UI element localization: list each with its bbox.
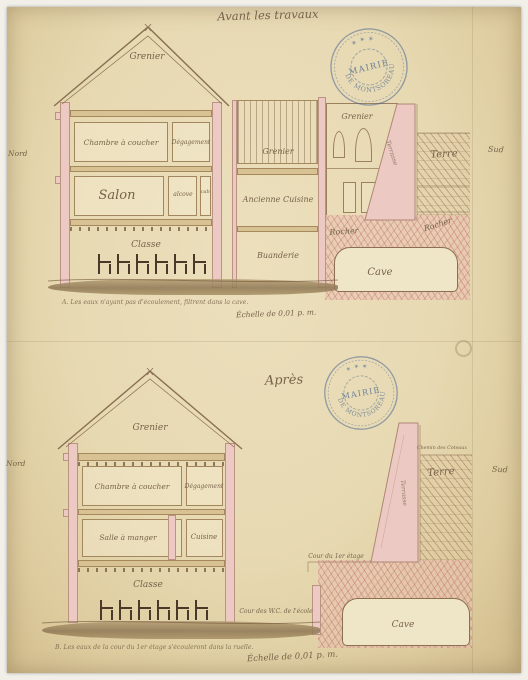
label-salon-avant: Salon	[98, 189, 135, 202]
school-desk	[136, 254, 152, 274]
avant-wall-stub-2	[55, 176, 61, 184]
door	[361, 182, 376, 213]
stamp-arc-top: ✶ ✶ ✶	[344, 361, 370, 375]
apres-joist-teeth	[78, 568, 225, 572]
avant-right-building-floor-line	[326, 168, 398, 169]
label-cave-apres: Cave	[392, 621, 415, 630]
label-cour-du-1er-etage: Cour du 1er étage	[308, 554, 364, 560]
avant-middle-left-wall	[232, 100, 237, 288]
label-buanderie: Buanderie	[257, 252, 299, 260]
label-grenier-apres: Grenier	[132, 424, 167, 433]
label-chambre-avant: Chambre à coucher	[84, 139, 159, 147]
stamp-center-text: MAIRIE	[348, 58, 391, 78]
school-desk	[193, 254, 209, 274]
label-cave-avant: Cave	[367, 268, 392, 278]
avant-house-left-wall	[60, 102, 70, 288]
mairie-stamp: ✶ ✶ ✶ DE MONTSOREAU MAIRIE	[316, 348, 406, 438]
avant-mid-floor	[70, 166, 212, 172]
school-desk	[195, 600, 211, 620]
avant-wall-stub-1	[55, 112, 61, 120]
school-desk	[176, 600, 192, 620]
label-classe-avant: Classe	[131, 241, 161, 250]
door	[343, 182, 356, 213]
apres-ground-floor	[78, 560, 225, 567]
school-desk	[138, 600, 154, 620]
note-apres: B. Les eaux de la cour du 1er étage s'éc…	[55, 645, 253, 651]
label-nord-avant: Nord	[8, 150, 27, 158]
school-desk	[117, 254, 133, 274]
school-desk	[100, 600, 116, 620]
apres-house-right-wall	[225, 443, 235, 623]
label-cour-des-wc: Cour des W.C. de l'école	[239, 609, 312, 615]
scanned-architectural-drawing: { "colors": {"paper":"#e8dbb4","ink":"#8…	[0, 0, 528, 680]
label-salle-a-manger: Salle à manger	[99, 534, 156, 542]
stain-ring	[455, 340, 472, 357]
horizontal-fold-crease	[7, 341, 521, 342]
apres-mid-floor	[78, 509, 225, 515]
avant-attic-floor	[70, 110, 212, 117]
label-chambre-apres: Chambre à coucher	[95, 483, 170, 491]
label-cabinet-avant: cab.	[201, 190, 212, 195]
apres-wall-stub-2	[63, 509, 69, 517]
school-desk	[98, 254, 114, 274]
stamp-center-text: MAIRIE	[341, 385, 381, 402]
apres-house-left-wall	[68, 443, 78, 623]
school-desk	[119, 600, 135, 620]
avant-middle-floor-2	[237, 226, 318, 232]
avant-house-right-wall	[212, 102, 222, 288]
apres-ground-wash	[42, 621, 320, 639]
label-degagement-apres: Dégagement	[185, 484, 224, 490]
label-grenier-middle-avant: Grenier	[262, 148, 293, 156]
apres-row2-divider-wall	[168, 515, 176, 560]
label-sud-apres: Sud	[492, 466, 508, 475]
note-avant: A. Les eaux n'ayant pas d'écoulement, fi…	[62, 300, 248, 306]
svg-text:✶ ✶ ✶: ✶ ✶ ✶	[344, 361, 370, 375]
label-cuisine: Cuisine	[191, 534, 218, 541]
label-degagement-avant: Dégagement	[172, 140, 211, 146]
avant-ground-wash	[48, 279, 338, 295]
title-apres: Après	[265, 373, 304, 387]
school-desk	[157, 600, 173, 620]
avant-joist-teeth	[70, 227, 212, 231]
school-desk	[174, 254, 190, 274]
label-chemin-des-coteaux: Chemin des Coteaux	[417, 447, 467, 452]
svg-text:✶ ✶ ✶: ✶ ✶ ✶	[349, 33, 376, 49]
avant-cave-vault	[334, 247, 458, 292]
label-ancienne-cuisine: Ancienne Cuisine	[243, 196, 314, 204]
avant-room-cabinet	[200, 176, 211, 216]
apres-attic-floor	[78, 453, 225, 461]
avant-ground-floor	[70, 219, 212, 226]
title-avant: Avant les travaux	[217, 9, 318, 23]
label-sud-avant: Sud	[488, 146, 504, 155]
label-alcove-avant: alcove	[173, 192, 192, 198]
stamp-arc-top: ✶ ✶ ✶	[349, 33, 376, 49]
avant-middle-right-wall	[318, 97, 326, 288]
label-terre-avant: Terre	[430, 149, 458, 160]
apres-wall-stub-1	[63, 453, 69, 461]
label-classe-apres: Classe	[133, 581, 163, 590]
avant-middle-floor-1	[237, 168, 318, 175]
vertical-fold-crease	[472, 7, 473, 673]
label-terrasse-apres: Terrasse	[399, 480, 407, 507]
label-nord-apres: Nord	[6, 460, 25, 468]
avant-terre-hatch	[417, 133, 470, 215]
label-grenier-house-avant: Grenier	[129, 53, 164, 62]
school-desk	[155, 254, 171, 274]
